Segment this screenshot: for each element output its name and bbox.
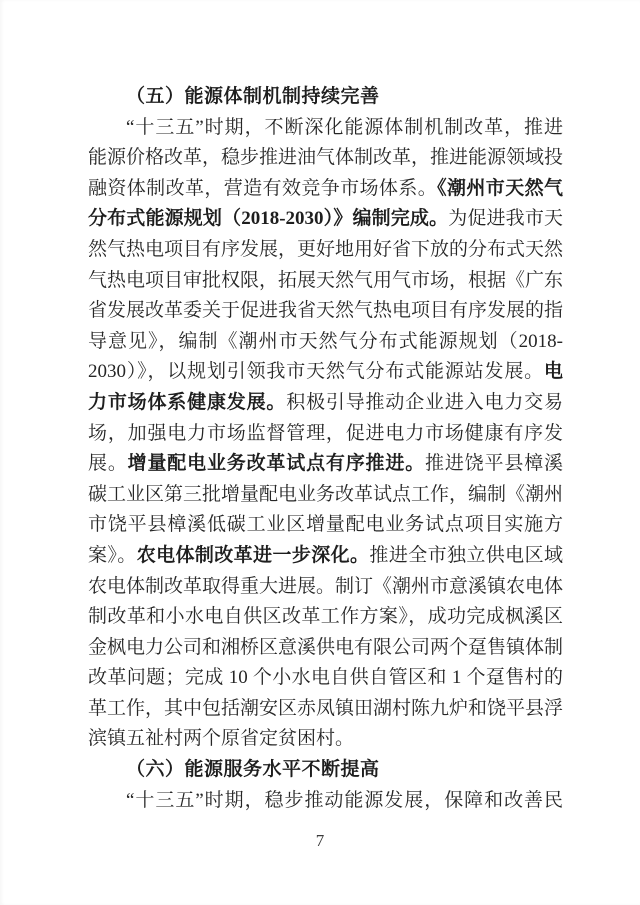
text-segment: 革工作，其中包括潮安区赤凤镇田湖村陈九炉和饶平县浮 [88, 698, 563, 719]
text-segment: 改革问题；完成 10 个小水电自供自管区和 1 个趸售村的改 [88, 667, 563, 694]
text-segment: 气热电项目审批权限，拓展天然气用气市场，根据《广东 [88, 270, 563, 291]
text-line: 省发展改革委关于促进我省天然气热电项目有序发展的指 [88, 296, 563, 327]
text-line: 革工作，其中包括潮安区赤凤镇田湖村陈九炉和饶平县浮 [88, 694, 563, 725]
text-line: 制改革和小水电自供区改革工作方案》，成功完成枫溪区 [88, 602, 563, 633]
text-segment: 制改革和小水电自供区改革工作方案》，成功完成枫溪区 [88, 606, 563, 627]
text-segment: 碳工业区第三批增量配电业务改革试点工作，编制《潮州 [88, 484, 563, 505]
text-line: 金枫电力公司和湘桥区意溪供电有限公司两个趸售镇体制 [88, 633, 563, 664]
text-line: 场，加强电力市场监督管理，促进电力市场健康有序发 [88, 419, 563, 450]
text-segment: 然气热电项目有序发展，更好地用好省下放的分布式天然 [88, 239, 563, 260]
text-line: 能源价格改革，稳步推进油气体制改革，推进能源领域投 [88, 143, 563, 174]
text-line: “十三五”时期，稳步推动能源发展，保障和改善民 [88, 786, 563, 817]
section-heading: （六）能源服务水平不断提高 [88, 755, 563, 786]
text-segment: “十三五”时期，不断深化能源体制机制改革，推进 [126, 117, 563, 138]
text-line: 展。增量配电业务改革试点有序推进。推进饶平县樟溪低 [88, 449, 563, 480]
text-line: 然气热电项目有序发展，更好地用好省下放的分布式天然 [88, 235, 563, 266]
text-segment: 案》。 [88, 545, 137, 566]
bold-text-segment: 电 [544, 361, 563, 382]
text-line: 案》。农电体制改革进一步深化。推进全市独立供电区域 [88, 541, 563, 572]
text-line: 改革问题；完成 10 个小水电自供自管区和 1 个趸售村的改 [88, 663, 563, 694]
text-segment: 为促进我市天 [448, 208, 563, 229]
bold-text-segment: （五）能源体制机制持续完善 [126, 86, 380, 107]
text-line: 市饶平县樟溪低碳工业区增量配电业务试点项目实施方 [88, 510, 563, 541]
bold-text-segment: 《潮州市天然气 [437, 178, 563, 199]
text-line: 导意见》，编制《潮州市天然气分布式能源规划（2018- [88, 327, 563, 358]
text-segment: 市饶平县樟溪低碳工业区增量配电业务试点项目实施方 [88, 514, 563, 535]
bold-text-segment: 力市场体系健康发展。 [88, 392, 286, 413]
text-line: 农电体制改革取得重大进展。制订《潮州市意溪镇农电体 [88, 572, 563, 603]
text-segment: 场，加强电力市场监督管理，促进电力市场健康有序发 [88, 423, 563, 444]
text-segment: 2030）》，以规划引领我市天然气分布式能源站发展。 [88, 361, 544, 382]
bold-text-segment: 增量配电业务改革试点有序推进。 [128, 453, 425, 474]
text-line: “十三五”时期，不断深化能源体制机制改革，推进 [88, 113, 563, 144]
text-segment: 融资体制改革，营造有效竞争市场体系。 [88, 178, 437, 199]
document-body: （五）能源体制机制持续完善“十三五”时期，不断深化能源体制机制改革，推进能源价格… [88, 82, 563, 816]
page-number: 7 [0, 830, 640, 852]
text-segment: 推进全市独立供电区域 [369, 545, 563, 566]
text-segment: 导意见》，编制《潮州市天然气分布式能源规划（2018- [88, 331, 563, 352]
text-segment: 展。 [88, 453, 128, 474]
text-segment: 滨镇五祉村两个原省定贫困村。 [88, 728, 354, 749]
bold-text-segment: 农电体制改革进一步深化。 [137, 545, 370, 566]
text-line: 气热电项目审批权限，拓展天然气用气市场，根据《广东 [88, 266, 563, 297]
section-heading: （五）能源体制机制持续完善 [88, 82, 563, 113]
text-segment: 农电体制改革取得重大进展。制订《潮州市意溪镇农电体 [88, 576, 563, 597]
text-segment: 金枫电力公司和湘桥区意溪供电有限公司两个趸售镇体制 [88, 637, 563, 658]
text-segment: 省发展改革委关于促进我省天然气热电项目有序发展的指 [88, 300, 563, 321]
text-segment: 能源价格改革，稳步推进油气体制改革，推进能源领域投 [88, 147, 563, 168]
text-line: 滨镇五祉村两个原省定贫困村。 [88, 724, 563, 755]
text-line: 融资体制改革，营造有效竞争市场体系。《潮州市天然气 [88, 174, 563, 205]
bold-text-segment: （六）能源服务水平不断提高 [126, 759, 380, 780]
text-line: 2030）》，以规划引领我市天然气分布式能源站发展。电 [88, 357, 563, 388]
text-segment: “十三五”时期，稳步推动能源发展，保障和改善民 [126, 790, 563, 811]
text-line: 分布式能源规划（2018-2030）》编制完成。为促进我市天 [88, 204, 563, 235]
text-line: 碳工业区第三批增量配电业务改革试点工作，编制《潮州 [88, 480, 563, 511]
bold-text-segment: 分布式能源规划（2018-2030）》编制完成。 [88, 208, 448, 229]
document-page: （五）能源体制机制持续完善“十三五”时期，不断深化能源体制机制改革，推进能源价格… [0, 0, 640, 905]
text-line: 力市场体系健康发展。积极引导推动企业进入电力交易市 [88, 388, 563, 419]
